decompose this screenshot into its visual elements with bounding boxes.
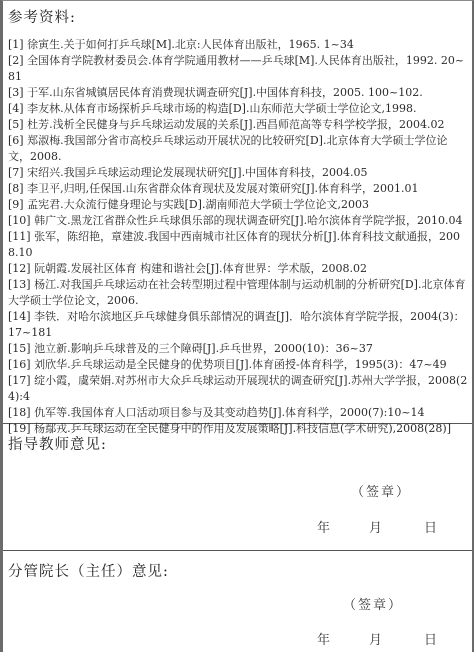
reference-item: [8] 李卫平,归明,任保国.山东省群众体育现状及发展对策研究[J].体育科学，… <box>8 181 468 197</box>
advisor-opinion-section: 指导教师意见: （签章） 年 月 日 <box>3 425 472 551</box>
reference-item: [7] 宋绍兴.我国乒乓球运动理论发展现状研究[J].中国体育科技，2004.0… <box>8 165 468 181</box>
reference-item: [13] 杨江.对我国乒乓球运动在社会转型期过程中管理体制与运动机制的分析研究[… <box>8 277 468 309</box>
advisor-day-label: 日 <box>424 517 437 536</box>
dean-year-label: 年 <box>317 629 330 648</box>
reference-list: [1] 徐寅生.关于如何打乒乓球[M].北京:人民体育出版社，1965. 1~3… <box>8 37 468 437</box>
reference-item: [3] 于军.山东省城镇居民体育消费现状调查研究[J].中国体育科技，2005.… <box>8 85 468 101</box>
reference-item: [9] 孟宪君.大众流行健身理论与实践[D].湖南师范大学硕士学位论文,2003 <box>8 197 468 213</box>
advisor-opinion-heading: 指导教师意见: <box>8 433 107 454</box>
reference-item: [2] 全国体育学院教材委员会.体育学院通用教材——乒乓球[M].人民体育出版社… <box>8 53 468 85</box>
dean-day-label: 日 <box>424 629 437 648</box>
reference-item: [4] 李友林.从体育市场探析乒乓球市场的构造[D].山东师范大学硕士学位论文,… <box>8 101 468 117</box>
advisor-year-label: 年 <box>317 517 330 536</box>
reference-item: [12] 阮朝霞.发展社区体育 构建和谐社会[J].体育世界：学术版，2008.… <box>8 261 468 277</box>
reference-item: [11] 张军，陈绍艳，章建波.我国中西南城市社区体育的现状分析[J].体育科技… <box>8 229 468 261</box>
reference-item: [15] 池立新.影响乒乓球普及的三个障碍[J].乒乓世界，2000(10)：3… <box>8 341 468 357</box>
advisor-month-label: 月 <box>369 517 382 536</box>
dean-signature-label: （签章） <box>343 594 403 613</box>
reference-item: [14] 李铁．对哈尔滨地区乒乓球健身俱乐部情况的调查[J]．哈尔滨体育学院学报… <box>8 309 468 341</box>
reference-item: [1] 徐寅生.关于如何打乒乓球[M].北京:人民体育出版社，1965. 1~3… <box>8 37 468 53</box>
reference-item: [5] 杜芳.浅析全民健身与乒乓球运动发展的关系[J].西昌师范高等专科学校学报… <box>8 117 468 133</box>
advisor-signature-label: （签章） <box>351 481 411 500</box>
reference-item: [17] 绽小霞，虞荣娟.对苏州市大众乒乓球运动开展现状的调查研究[J].苏州大… <box>8 373 468 405</box>
dean-opinion-heading: 分管院长（主任）意见: <box>8 560 169 581</box>
reference-item: [18] 仇军等.我国体育人口活动项目参与及其变动趋势[J].体育科学，2000… <box>8 405 468 421</box>
reference-item: [10] 韩广文.黑龙江省群众性乒乓球俱乐部的现状调查研究[J].哈尔滨体育学院… <box>8 213 468 229</box>
dean-month-label: 月 <box>369 629 382 648</box>
references-heading: 参考资料: <box>8 6 76 27</box>
reference-item: [6] 郑淑梅.我国部分省市高校乒乓球运动开展状况的比较研究[D].北京体育大学… <box>8 133 468 165</box>
dean-opinion-section: 分管院长（主任）意见: （签章） 年 月 日 <box>3 552 472 652</box>
reference-item: [16] 刘欣华.乒乓球运动是全民健身的优势项目[J].体育函授-体育科学，19… <box>8 357 468 373</box>
references-section: 参考资料: [1] 徐寅生.关于如何打乒乓球[M].北京:人民体育出版社，196… <box>3 0 472 424</box>
